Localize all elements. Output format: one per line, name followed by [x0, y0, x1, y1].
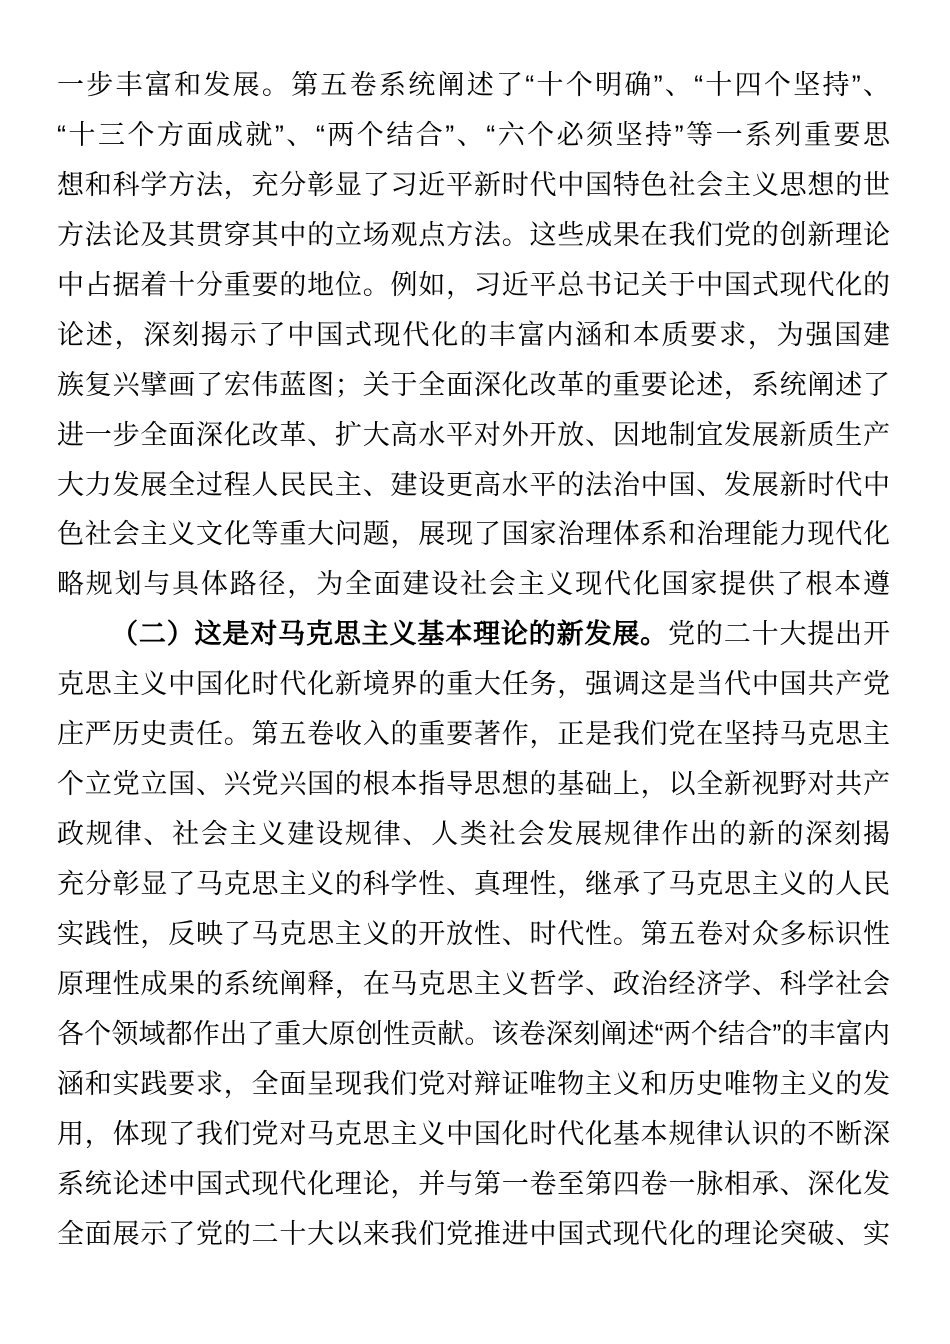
document-page: 一步丰富和发展。第五卷系统阐述了“十个明确”、“十四个坚持”、“十三个方面成就”…	[0, 0, 950, 1344]
text-run: 大力发展全过程人民民主、建设更高水平的法治中国、发展新时代中国特	[57, 470, 890, 511]
text-run: 系统论述中国式现代化理论，并与第一卷至第四卷一脉相承、深化发展，	[57, 1169, 890, 1210]
text-run: 进一步全面深化改革、扩大高水平对外开放、因地制宜发展新质生产力、	[57, 420, 890, 461]
text-line: 个立党立国、兴党兴国的根本指导思想的基础上，以全新视野对共产党执	[57, 760, 890, 810]
text-line: 庄严历史责任。第五卷收入的重要著作，正是我们党在坚持马克思主义这	[57, 710, 890, 760]
text-run: 全面展示了党的二十大以来我们党推进中国式现代化的理论突破、实践成	[57, 1219, 890, 1260]
text-line: 大力发展全过程人民民主、建设更高水平的法治中国、发展新时代中国特	[57, 461, 890, 511]
text-line: 涵和实践要求，全面呈现我们党对辩证唯物主义和历史唯物主义的发展运	[57, 1060, 890, 1110]
text-run: 用，体现了我们党对马克思主义中国化时代化基本规律认识的不断深化；	[57, 1119, 890, 1160]
text-line: 原理性成果的系统阐释，在马克思主义哲学、政治经济学、科学社会主义	[57, 960, 890, 1010]
text-line: 政规律、社会主义建设规律、人类社会发展规律作出的新的深刻揭示。它	[57, 810, 890, 860]
text-run: 中占据着十分重要的地位。例如，习近平总书记关于中国式现代化的重要	[57, 270, 890, 311]
text-line: 进一步全面深化改革、扩大高水平对外开放、因地制宜发展新质生产力、	[57, 411, 890, 461]
text-line: 论述，深刻揭示了中国式现代化的丰富内涵和本质要求，为强国建设、民	[57, 311, 890, 361]
text-line: 全面展示了党的二十大以来我们党推进中国式现代化的理论突破、实践成	[57, 1210, 890, 1260]
text-run: 克思主义中国化时代化新境界的重大任务，强调这是当代中国共产党人的	[57, 669, 890, 710]
text-run: 想和科学方法，充分彰显了习近平新时代中国特色社会主义思想的世界观、	[57, 170, 890, 211]
text-line: 族复兴擘画了宏伟蓝图；关于全面深化改革的重要论述，系统阐述了如何	[57, 361, 890, 411]
text-run: 个立党立国、兴党兴国的根本指导思想的基础上，以全新视野对共产党执	[57, 769, 890, 810]
paragraph-heading: （二）这是对马克思主义基本理论的新发展。	[111, 619, 668, 649]
text-line: 各个领域都作出了重大原创性贡献。该卷深刻阐述“两个结合”的丰富内	[57, 1010, 890, 1060]
text-line: 一步丰富和发展。第五卷系统阐述了“十个明确”、“十四个坚持”、	[57, 61, 890, 111]
text-line: 实践性，反映了马克思主义的开放性、时代性。第五卷对众多标识性概念、	[57, 910, 890, 960]
text-run: 各个领域都作出了重大原创性贡献。该卷深刻阐述“两个结合”的丰富内	[57, 1019, 890, 1049]
text-line: 克思主义中国化时代化新境界的重大任务，强调这是当代中国共产党人的	[57, 660, 890, 710]
text-run: 实践性，反映了马克思主义的开放性、时代性。第五卷对众多标识性概念、	[57, 919, 890, 960]
text-line: 想和科学方法，充分彰显了习近平新时代中国特色社会主义思想的世界观、	[57, 161, 890, 211]
text-run: 论述，深刻揭示了中国式现代化的丰富内涵和本质要求，为强国建设、民	[57, 320, 890, 361]
text-line: 略规划与具体路径，为全面建设社会主义现代化国家提供了根本遵循。	[57, 560, 890, 610]
text-line: 用，体现了我们党对马克思主义中国化时代化基本规律认识的不断深化；	[57, 1110, 890, 1160]
text-run: 族复兴擘画了宏伟蓝图；关于全面深化改革的重要论述，系统阐述了如何	[57, 370, 890, 411]
text-line: 充分彰显了马克思主义的科学性、真理性，继承了马克思主义的人民性、	[57, 860, 890, 910]
text-run: “十三个方面成就”、“两个结合”、“六个必须坚持”等一系列重要思	[57, 120, 890, 150]
text-line: 中占据着十分重要的地位。例如，习近平总书记关于中国式现代化的重要	[57, 261, 890, 311]
text-run: 色社会主义文化等重大问题，展现了国家治理体系和治理能力现代化的战	[57, 519, 890, 560]
text-line: （二）这是对马克思主义基本理论的新发展。党的二十大提出开辟马	[57, 610, 890, 660]
document-text-body: 一步丰富和发展。第五卷系统阐述了“十个明确”、“十四个坚持”、“十三个方面成就”…	[57, 61, 890, 1260]
text-run: 庄严历史责任。第五卷收入的重要著作，正是我们党在坚持马克思主义这	[57, 719, 890, 760]
text-line: 方法论及其贯穿其中的立场观点方法。这些成果在我们党的创新理论发展	[57, 211, 890, 261]
text-run: 政规律、社会主义建设规律、人类社会发展规律作出的新的深刻揭示。它	[57, 819, 890, 860]
text-line: 系统论述中国式现代化理论，并与第一卷至第四卷一脉相承、深化发展，	[57, 1160, 890, 1210]
text-line: “十三个方面成就”、“两个结合”、“六个必须坚持”等一系列重要思	[57, 111, 890, 161]
text-run: 一步丰富和发展。第五卷系统阐述了“十个明确”、“十四个坚持”、	[57, 70, 890, 100]
text-run: 略规划与具体路径，为全面建设社会主义现代化国家提供了根本遵循。	[57, 569, 890, 610]
text-run: 原理性成果的系统阐释，在马克思主义哲学、政治经济学、科学社会主义	[57, 969, 890, 1010]
text-run: 涵和实践要求，全面呈现我们党对辩证唯物主义和历史唯物主义的发展运	[57, 1069, 890, 1110]
text-line: 色社会主义文化等重大问题，展现了国家治理体系和治理能力现代化的战	[57, 510, 890, 560]
text-run: 充分彰显了马克思主义的科学性、真理性，继承了马克思主义的人民性、	[57, 869, 890, 910]
text-run: 方法论及其贯穿其中的立场观点方法。这些成果在我们党的创新理论发展	[57, 220, 890, 261]
